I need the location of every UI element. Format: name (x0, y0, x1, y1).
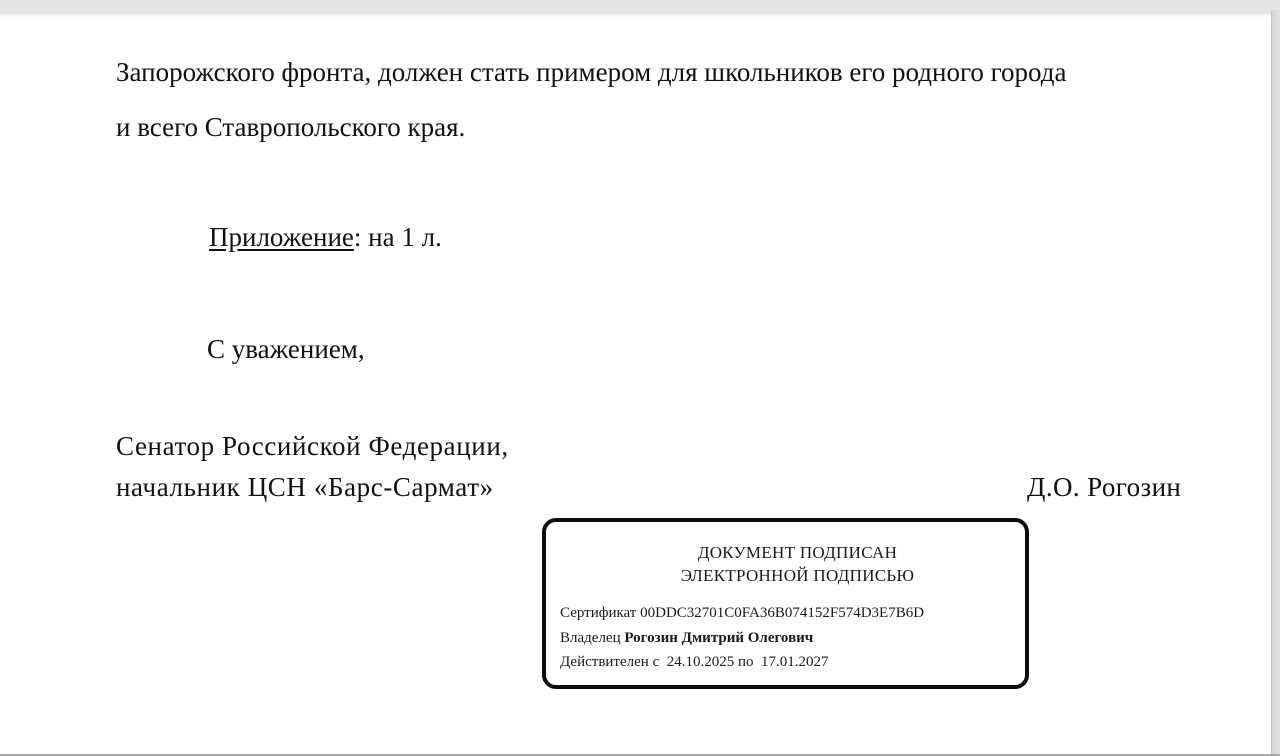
viewer-scrollbar-gutter[interactable] (1271, 10, 1280, 754)
signatory-title-line-1: Сенатор Российской Федерации, (116, 430, 509, 462)
stamp-heading-line-2: ЭЛЕКТРОННОЙ ПОДПИСЬЮ (558, 565, 1037, 587)
valid-from-label: с (653, 654, 660, 670)
valid-to: 17.01.2027 (761, 654, 829, 670)
appendix-line: Приложение: на 1 л. (209, 221, 442, 253)
signatory-name: Д.О. Рогозин (1027, 471, 1181, 503)
closing-phrase: С уважением, (207, 333, 365, 365)
signatory-title-line-2: начальник ЦСН «Барс-Сармат» (116, 471, 494, 503)
e-signature-stamp: ДОКУМЕНТ ПОДПИСАН ЭЛЕКТРОННОЙ ПОДПИСЬЮ С… (542, 518, 1029, 689)
owner-label: Владелец (560, 630, 621, 646)
stamp-validity: Действителен с 24.10.2025 по 17.01.2027 (560, 652, 829, 672)
paragraph-line-1: Запорожского фронта, должен стать пример… (116, 56, 1066, 88)
appendix-label: Приложение (209, 222, 354, 252)
owner-value: Рогозин Дмитрий Олегович (624, 630, 813, 646)
certificate-value: 00DDC32701C0FA36B074152F574D3E7B6D (640, 605, 924, 621)
valid-from: 24.10.2025 (667, 654, 735, 670)
appendix-value: : на 1 л. (354, 222, 442, 252)
certificate-label: Сертификат (560, 605, 636, 621)
paragraph-line-2: и всего Ставропольского края. (116, 111, 465, 143)
stamp-heading-line-1: ДОКУМЕНТ ПОДПИСАН (558, 542, 1037, 564)
valid-to-label: по (738, 654, 754, 670)
stamp-owner: Владелец Рогозин Дмитрий Олегович (560, 628, 813, 648)
stamp-certificate: Сертификат 00DDC32701C0FA36B074152F574D3… (560, 603, 924, 623)
valid-label: Действителен (560, 654, 649, 670)
